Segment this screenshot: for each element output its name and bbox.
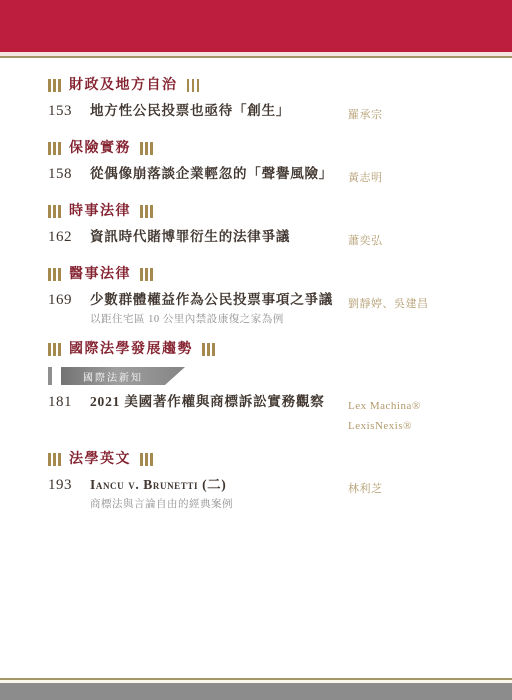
section-legal-english: 法學英文 193 Iancu v. Brunetti (二) 商標法與言論自由的… xyxy=(48,452,472,511)
ribbon-label: 國際法新知 xyxy=(83,369,143,384)
section-heading-label: 法學英文 xyxy=(69,452,131,467)
section-heading: 保險實務 xyxy=(48,141,472,156)
author-name: 黃志明 xyxy=(348,168,472,188)
author-column: 羅承宗 xyxy=(348,103,472,125)
article-title: 從偶像崩落談企業輕忽的「聲譽風險」 xyxy=(90,166,340,182)
page-number: 193 xyxy=(48,477,90,493)
article-title: 地方性公民投票也亟待「創生」 xyxy=(90,103,340,119)
article-title-block: 少數群體權益作為公民投票事項之爭議 以距住宅區 10 公里內禁設康復之家為例 xyxy=(90,292,348,326)
article-title-block: Iancu v. Brunetti (二) 商標法與言論自由的經典案例 xyxy=(90,477,348,511)
section-marker-icon xyxy=(140,205,155,218)
section-marker-icon xyxy=(48,79,63,92)
section-heading: 醫事法律 xyxy=(48,267,472,282)
author-column: Lex Machina® LexisNexis® xyxy=(348,394,472,436)
author-name: 羅承宗 xyxy=(348,105,472,125)
author-column: 蕭奕弘 xyxy=(348,229,472,251)
section-marker-icon xyxy=(202,343,217,356)
section-marker-icon xyxy=(48,268,63,281)
toc-entry: 193 Iancu v. Brunetti (二) 商標法與言論自由的經典案例 … xyxy=(48,477,472,511)
section-medical-law: 醫事法律 169 少數群體權益作為公民投票事項之爭議 以距住宅區 10 公里內禁… xyxy=(48,267,472,326)
article-subtitle: 以距住宅區 10 公里內禁設康復之家為例 xyxy=(90,313,340,326)
article-title-block: 資訊時代賭博罪衍生的法律爭議 xyxy=(90,229,348,245)
page-number: 153 xyxy=(48,103,90,119)
section-heading: 法學英文 xyxy=(48,452,472,467)
section-heading-label: 保險實務 xyxy=(69,141,131,156)
author-name: 劉靜婷、吳建昌 xyxy=(348,294,472,314)
section-marker-icon xyxy=(187,79,202,92)
section-marker-icon xyxy=(140,142,155,155)
ribbon-bar-icon xyxy=(48,367,52,385)
page-number: 169 xyxy=(48,292,90,308)
section-heading: 時事法律 xyxy=(48,204,472,219)
section-finance-local: 財政及地方自治 153 地方性公民投票也亟待「創生」 羅承宗 xyxy=(48,78,472,125)
article-title: Iancu v. Brunetti (二) xyxy=(90,477,340,493)
section-insurance: 保險實務 158 從偶像崩落談企業輕忽的「聲譽風險」 黃志明 xyxy=(48,141,472,188)
article-title: 資訊時代賭博罪衍生的法律爭議 xyxy=(90,229,340,245)
author-column: 林利芝 xyxy=(348,477,472,499)
section-heading-label: 財政及地方自治 xyxy=(69,78,178,93)
article-title-block: 從偶像崩落談企業輕忽的「聲譽風險」 xyxy=(90,166,348,182)
section-marker-icon xyxy=(48,142,63,155)
section-current-law: 時事法律 162 資訊時代賭博罪衍生的法律爭議 蕭奕弘 xyxy=(48,204,472,251)
article-subtitle: 商標法與言論自由的經典案例 xyxy=(90,498,340,511)
section-heading: 國際法學發展趨勢 xyxy=(48,342,472,357)
author-name: Lex Machina® xyxy=(348,396,472,416)
toc-page: 財政及地方自治 153 地方性公民投票也亟待「創生」 羅承宗 保險實務 xyxy=(0,0,512,700)
header-red-banner xyxy=(0,0,512,52)
article-title-block: 地方性公民投票也亟待「創生」 xyxy=(90,103,348,119)
ribbon-flag-icon: 國際法新知 xyxy=(61,367,185,385)
author-column: 黃志明 xyxy=(348,166,472,188)
footer-gray-band xyxy=(0,683,512,700)
article-title-block: 2021 美國著作權與商標訴訟實務觀察 xyxy=(90,394,348,410)
section-marker-icon xyxy=(48,343,63,356)
article-title: 2021 美國著作權與商標訴訟實務觀察 xyxy=(90,394,340,410)
section-heading-label: 時事法律 xyxy=(69,204,131,219)
toc-entry: 162 資訊時代賭博罪衍生的法律爭議 蕭奕弘 xyxy=(48,229,472,251)
toc-entry: 158 從偶像崩落談企業輕忽的「聲譽風險」 黃志明 xyxy=(48,166,472,188)
author-name: LexisNexis® xyxy=(348,416,472,436)
section-heading-label: 國際法學發展趨勢 xyxy=(69,342,193,357)
section-marker-icon xyxy=(48,205,63,218)
toc-entry: 153 地方性公民投票也亟待「創生」 羅承宗 xyxy=(48,103,472,125)
toc-entry: 169 少數群體權益作為公民投票事項之爭議 以距住宅區 10 公里內禁設康復之家… xyxy=(48,292,472,326)
toc-entry: 181 2021 美國著作權與商標訴訟實務觀察 Lex Machina® Lex… xyxy=(48,394,472,436)
page-number: 162 xyxy=(48,229,90,245)
page-number: 181 xyxy=(48,394,90,410)
page-number: 158 xyxy=(48,166,90,182)
article-title: 少數群體權益作為公民投票事項之爭議 xyxy=(90,292,340,308)
subsection-ribbon-row: 國際法新知 xyxy=(48,367,472,385)
section-heading-label: 醫事法律 xyxy=(69,267,131,282)
section-heading: 財政及地方自治 xyxy=(48,78,472,93)
section-marker-icon xyxy=(48,453,63,466)
author-name: 蕭奕弘 xyxy=(348,231,472,251)
section-marker-icon xyxy=(140,268,155,281)
table-of-contents: 財政及地方自治 153 地方性公民投票也亟待「創生」 羅承宗 保險實務 xyxy=(0,58,512,511)
author-name: 林利芝 xyxy=(348,479,472,499)
section-intl-law-trends: 國際法學發展趨勢 國際法新知 181 2021 美國著作權與商標訴訟實務觀察 L… xyxy=(48,342,472,436)
section-marker-icon xyxy=(140,453,155,466)
page-footer xyxy=(0,678,512,700)
author-column: 劉靜婷、吳建昌 xyxy=(348,292,472,314)
